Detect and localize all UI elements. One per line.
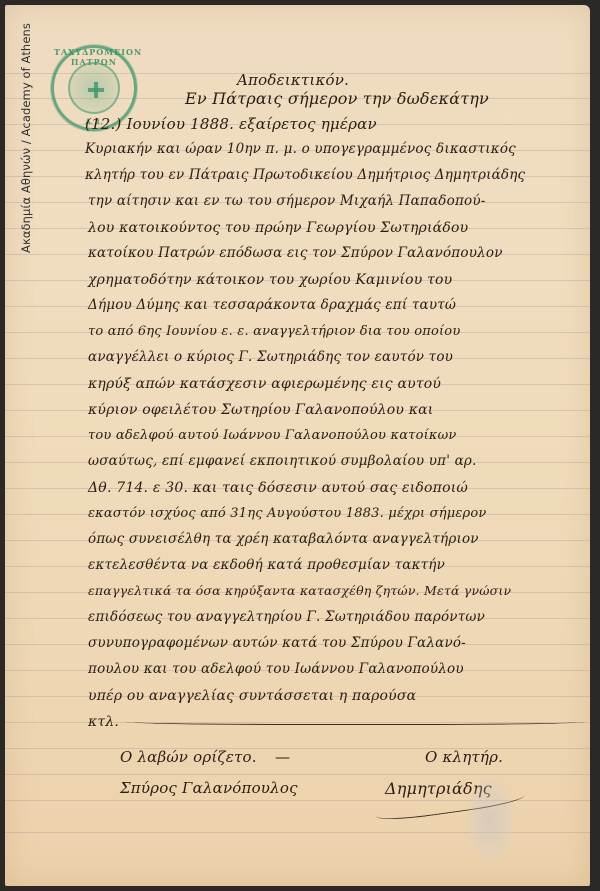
line-end-flourish [125, 717, 585, 725]
document-line: του αδελφού αυτού Ιωάννου Γαλανοπούλου κ… [88, 429, 457, 442]
archive-credit-text: Ακαδημία Αθηνών / Academy of Athens [19, 23, 33, 253]
document-line: κύριον οφειλέτου Σωτηρίου Γαλανοπούλου κ… [88, 403, 433, 417]
document-line: εκτελεσθέντα να εκδοθή κατά προθεσμίαν τ… [88, 559, 445, 573]
document-line: επιδόσεως του αναγγελτηρίου Γ. Σωτηριάδο… [88, 611, 485, 625]
document-line: το από 6ης Ιουνίου ε. ε. αναγγελτήριον δ… [88, 325, 460, 338]
embossed-seal-icon [467, 780, 513, 860]
document-line: συνυπογραφομένων αυτών κατά του Σπύρου Γ… [88, 637, 466, 651]
document-paper: Ακαδημία Αθηνών / Academy of Athens ΤΑΧΥ… [5, 5, 590, 886]
document-line: χρηματοδότην κάτοικον του χωρίου Καμινίο… [88, 273, 452, 287]
document-line: την αίτησιν και εν τω του σήμερον Μιχαήλ… [88, 195, 486, 209]
cross-icon [88, 82, 104, 98]
document-line: Δθ. 714. ε 30. και ταις δόσεσιν αυτού σα… [88, 481, 468, 495]
left-signature-name: Σπύρος Γαλανόπουλος [120, 781, 298, 796]
document-title: Αποδεικτικόν. [237, 73, 349, 88]
document-line: Κυριακήν και ώραν 10ην π. μ. ο υπογεγραμ… [85, 143, 516, 157]
left-signature-label: Ο λαβών ορίζετο. [120, 750, 257, 765]
document-line: κτλ. [88, 715, 119, 729]
document-line: (12.) Ιουνίου 1888. εξαίρετος ημέραν [85, 117, 377, 132]
document-line: λου κατοικούντος του πρώην Γεωργίου Σωτη… [88, 221, 468, 235]
document-scan-frame: Ακαδημία Αθηνών / Academy of Athens ΤΑΧΥ… [0, 0, 600, 891]
document-line: ωσαύτως, επί εμφανεί εκποιητικού συμβολα… [88, 455, 477, 469]
document-line: κατοίκου Πατρών επόδωσα εις τον Σπύρον Γ… [88, 247, 503, 261]
document-line: επαγγελτικά τα όσα κηρύξαντα κατασχέθη ζ… [88, 585, 511, 598]
document-line: πουλου και του αδελφού του Ιωάννου Γαλαν… [88, 663, 464, 677]
right-signature-label: Ο κλητήρ. [425, 750, 503, 765]
document-line: Δήμου Δύμης και τεσσαράκοντα δραχμάς επί… [88, 299, 456, 313]
document-line: Εν Πάτραις σήμερον την δωδεκάτην [185, 91, 489, 107]
document-line: αναγγέλλει ο κύριος Γ. Σωτηριάδης τον εα… [88, 351, 453, 365]
document-line: όπως συνεισέλθη τα χρέη καταβαλόντα αναγ… [88, 533, 479, 547]
document-line: κηρύξ απών κατάσχεσιν αφιερωμένης εις αυ… [88, 377, 441, 391]
document-line: υπέρ ου αναγγελίας συντάσσεται η παρούσα [88, 689, 416, 703]
document-line: κλητήρ του εν Πάτραις Πρωτοδικείου Δημήτ… [85, 169, 525, 183]
stamp-crest-icon [68, 62, 120, 114]
signature-dash: — [275, 750, 290, 765]
document-line: εκαστόν ισχύος από 31ης Αυγούστου 1883. … [88, 507, 487, 520]
ruled-line [5, 774, 590, 775]
